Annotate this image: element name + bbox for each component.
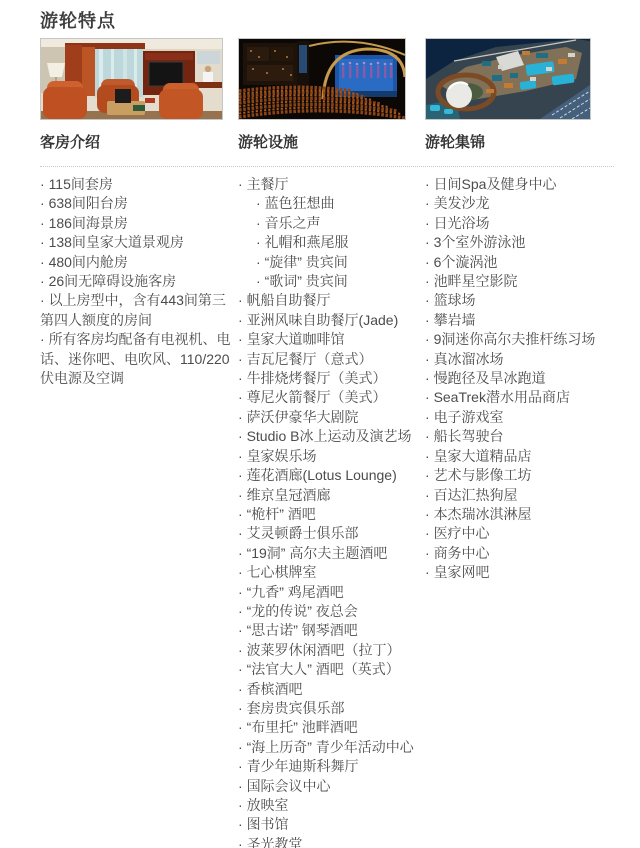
features-thumbnails-row: 客房介绍 [40, 38, 614, 152]
theater-illustration [239, 39, 405, 119]
column-facilities-list: 主餐厅 蓝色狂想曲 音乐之声 礼帽和燕尾服 “旋律” 贵宾间 “歌词” 贵宾间 … [238, 175, 425, 848]
list-item: 蓝色狂想曲 [238, 194, 424, 213]
list-item: Studio B冰上运动及演艺场 [238, 427, 424, 446]
list-item: 维京皇冠酒廊 [238, 486, 424, 505]
list-item: 音乐之声 [238, 214, 424, 233]
cabin-feature-list: 115间套房 638间阳台房 186间海景房 138间皇家大道景观房 480间内… [40, 175, 233, 388]
list-item: 138间皇家大道景观房 [40, 233, 233, 252]
list-item: 3个室外游泳池 [425, 233, 611, 252]
list-item: 皇家大道精品店 [425, 447, 611, 466]
caption-cabins: 客房介绍 [40, 134, 238, 152]
list-item: 萨沃伊豪华大剧院 [238, 408, 424, 427]
list-item: 艺术与影像工坊 [425, 466, 611, 485]
cruise-features-section: 游轮特点 [0, 0, 640, 848]
list-item: 9洞迷你高尔夫推杆练习场 [425, 330, 611, 349]
list-item: 尊尼火箭餐厅（美式） [238, 388, 424, 407]
list-item: 主餐厅 [238, 175, 424, 194]
list-item: “海上历奇” 青少年活动中心 [238, 738, 424, 757]
list-item: 商务中心 [425, 544, 611, 563]
list-item: 亚洲风味自助餐厅(Jade) [238, 311, 424, 330]
list-item: 医疗中心 [425, 524, 611, 543]
list-item: 日光浴场 [425, 214, 611, 233]
column-facilities-header: 游轮设施 [238, 38, 425, 152]
list-item: 放映室 [238, 796, 424, 815]
list-item: 套房贵宾俱乐部 [238, 699, 424, 718]
list-item: 本杰瑞冰淇淋屋 [425, 505, 611, 524]
list-item: 池畔星空影院 [425, 272, 611, 291]
list-item: 638间阳台房 [40, 194, 233, 213]
list-item: 礼帽和燕尾服 [238, 233, 424, 252]
list-item: 圣光教堂 [238, 835, 424, 848]
list-item: 船长驾驶台 [425, 427, 611, 446]
dotted-divider [40, 166, 614, 167]
list-item: “19洞” 高尔夫主题酒吧 [238, 544, 424, 563]
list-item: 攀岩墙 [425, 311, 611, 330]
list-item: 26间无障碍设施客房 [40, 272, 233, 291]
list-item: “思古诺” 钢琴酒吧 [238, 621, 424, 640]
column-cabins-header: 客房介绍 [40, 38, 238, 152]
cabin-suite-photo[interactable] [40, 38, 223, 120]
list-item: 艾灵顿爵士俱乐部 [238, 524, 424, 543]
list-item: 6个漩涡池 [425, 253, 611, 272]
list-item: “龙的传说” 夜总会 [238, 602, 424, 621]
list-item: 篮球场 [425, 291, 611, 310]
list-item: 莲花酒廊(Lotus Lounge) [238, 466, 424, 485]
list-item: 图书馆 [238, 815, 424, 834]
list-item: SeaTrek潜水用品商店 [425, 388, 611, 407]
list-item: 香槟酒吧 [238, 680, 424, 699]
list-item: “九香” 鸡尾酒吧 [238, 583, 424, 602]
list-item: 186间海景房 [40, 214, 233, 233]
list-item: 所有客房均配备有电视机、电话、迷你吧、电吹风、110/220伏电源及空调 [40, 330, 233, 388]
caption-facilities: 游轮设施 [238, 134, 425, 152]
list-item: 皇家娱乐场 [238, 447, 424, 466]
caption-highlights: 游轮集锦 [425, 134, 612, 152]
list-item: 吉瓦尼餐厅（意式） [238, 350, 424, 369]
list-item: “桅杆” 酒吧 [238, 505, 424, 524]
list-item: “旋律” 贵宾间 [238, 253, 424, 272]
list-item: 波莱罗休闲酒吧（拉丁） [238, 641, 424, 660]
column-cabins-list: 115间套房 638间阳台房 186间海景房 138间皇家大道景观房 480间内… [40, 175, 238, 848]
list-item: 480间内舱房 [40, 253, 233, 272]
list-item: “歌词” 贵宾间 [238, 272, 424, 291]
list-item: 帆船自助餐厅 [238, 291, 424, 310]
list-item: 七心棋牌室 [238, 563, 424, 582]
list-item: 美发沙龙 [425, 194, 611, 213]
list-item: 慢跑径及旱冰跑道 [425, 369, 611, 388]
page-title: 游轮特点 [40, 10, 614, 32]
column-highlights-header: 游轮集锦 [425, 38, 612, 152]
theater-photo[interactable] [238, 38, 406, 120]
list-item: 真冰溜冰场 [425, 350, 611, 369]
list-item: 日间Spa及健身中心 [425, 175, 611, 194]
list-item: 国际会议中心 [238, 777, 424, 796]
facilities-feature-list: 主餐厅 蓝色狂想曲 音乐之声 礼帽和燕尾服 “旋律” 贵宾间 “歌词” 贵宾间 … [238, 175, 424, 848]
list-item: 电子游戏室 [425, 408, 611, 427]
list-item: 皇家大道咖啡馆 [238, 330, 424, 349]
column-highlights-list: 日间Spa及健身中心 美发沙龙 日光浴场 3个室外游泳池 6个漩涡池 池畔星空影… [425, 175, 612, 848]
ship-aerial-photo[interactable] [425, 38, 591, 120]
list-item: “法官大人” 酒吧（英式） [238, 660, 424, 679]
list-item: 皇家网吧 [425, 563, 611, 582]
highlights-feature-list: 日间Spa及健身中心 美发沙龙 日光浴场 3个室外游泳池 6个漩涡池 池畔星空影… [425, 175, 611, 583]
list-item: “布里托” 池畔酒吧 [238, 718, 424, 737]
ship-aerial-illustration [426, 39, 590, 119]
list-item: 以上房型中，含有443间第三第四人额度的房间 [40, 291, 233, 330]
list-item: 青少年迪斯科舞厅 [238, 757, 424, 776]
features-lists-row: 115间套房 638间阳台房 186间海景房 138间皇家大道景观房 480间内… [40, 175, 614, 848]
list-item: 百达汇热狗屋 [425, 486, 611, 505]
cabin-suite-illustration [41, 39, 222, 119]
list-item: 牛排烧烤餐厅（美式） [238, 369, 424, 388]
list-item: 115间套房 [40, 175, 233, 194]
